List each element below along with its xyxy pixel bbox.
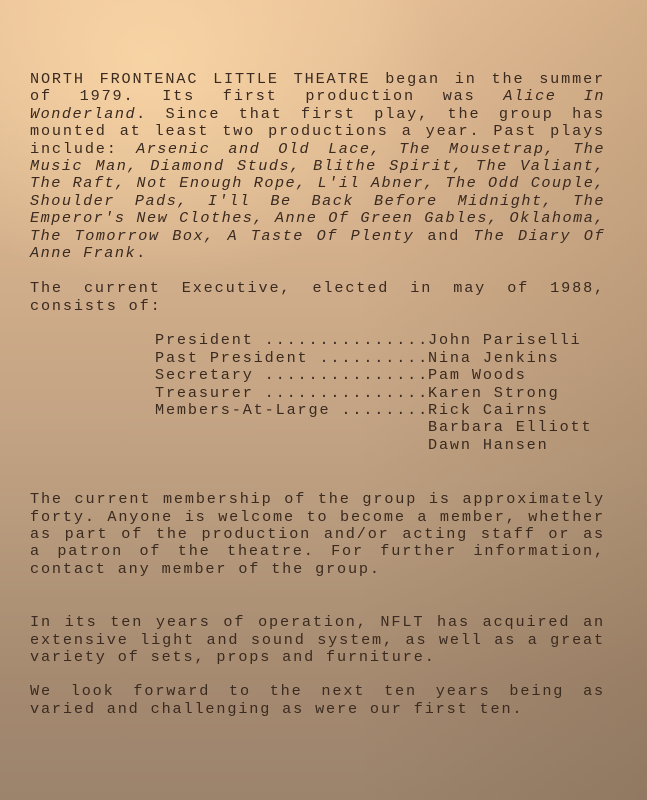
executive-intro: The current Executive, elected in may of… xyxy=(30,280,605,315)
executive-role: Members-At-Large ......... xyxy=(155,402,428,419)
intro-paragraph: NORTH FRONTENAC LITTLE THEATRE began in … xyxy=(30,71,605,262)
executive-row: Secretary ................Pam Woods xyxy=(155,367,605,384)
executive-list: President ................John Pariselli… xyxy=(155,332,605,454)
executive-row: Members-At-Large .........Rick Cairns xyxy=(155,402,605,419)
executive-role: Secretary ................ xyxy=(155,367,428,384)
closing-paragraph: We look forward to the next ten years be… xyxy=(30,683,605,718)
executive-role: Treasurer ................ xyxy=(155,385,428,402)
executive-role xyxy=(155,437,428,454)
operations-paragraph: In its ten years of operation, NFLT has … xyxy=(30,614,605,666)
executive-name: Barbara Elliott xyxy=(428,419,592,436)
executive-role: Past President ........... xyxy=(155,350,428,367)
membership-paragraph: The current membership of the group is a… xyxy=(30,491,605,578)
executive-name: Karen Strong xyxy=(428,385,560,402)
executive-name: Nina Jenkins xyxy=(428,350,560,367)
executive-name: Pam Woods xyxy=(428,367,527,384)
executive-row: President ................John Pariselli xyxy=(155,332,605,349)
executive-role xyxy=(155,419,428,436)
organization-name: NORTH FRONTENAC LITTLE THEATRE xyxy=(30,70,370,88)
executive-name: Dawn Hansen xyxy=(428,437,549,454)
executive-row: Past President ...........Nina Jenkins xyxy=(155,350,605,367)
executive-name: Rick Cairns xyxy=(428,402,549,419)
executive-row: Barbara Elliott xyxy=(155,419,605,436)
executive-row: Treasurer ................Karen Strong xyxy=(155,385,605,402)
executive-row: Dawn Hansen xyxy=(155,437,605,454)
executive-role: President ................ xyxy=(155,332,428,349)
executive-name: John Pariselli xyxy=(428,332,582,349)
typewritten-page: NORTH FRONTENAC LITTLE THEATRE began in … xyxy=(30,71,605,718)
